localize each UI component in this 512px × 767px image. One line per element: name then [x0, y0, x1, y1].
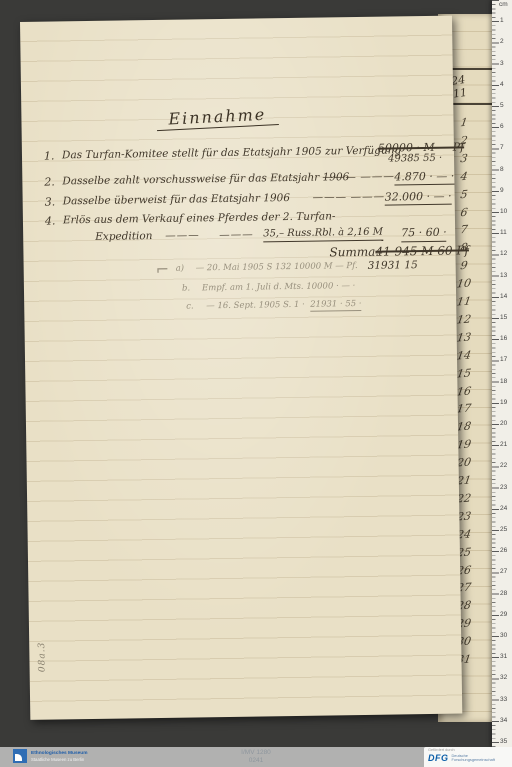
filler-dashes: ———: [219, 229, 254, 242]
summa-label: Summa:: [329, 245, 379, 260]
ruler-number: 1: [500, 17, 511, 24]
ruler-number: 2: [500, 38, 511, 45]
ruler: cm 1234567891011121314151617181920212223…: [492, 0, 512, 747]
ruler-number: 29: [500, 611, 511, 618]
ruler-number: 30: [500, 632, 511, 639]
ledger-header-note: 24 11: [450, 69, 493, 100]
ruler-number: 23: [500, 484, 511, 491]
strip-line-number: 5: [451, 187, 477, 202]
ruler-number: 5: [500, 102, 511, 109]
ruler-number: 35: [500, 738, 511, 745]
ruler-number: 21: [500, 441, 511, 448]
amount: 75 · 60 ·: [401, 226, 447, 243]
ruler-number: 19: [500, 399, 511, 406]
amount: 4.870 · — ·: [394, 170, 454, 186]
ruler-number: 7: [500, 144, 511, 151]
quantity-note: 35,– Russ.Rbl. à 2,16 M: [263, 227, 383, 243]
strip-line-number: 1: [451, 115, 477, 130]
ruler-number: 25: [500, 526, 511, 533]
ruler-number: 16: [500, 335, 511, 342]
page-title-text: Einnahme: [156, 104, 279, 131]
ruler-number: 20: [500, 420, 511, 427]
item-text: Dasselbe zahlt vorschussweise für das Et…: [62, 171, 349, 187]
ruler-number: 17: [500, 356, 511, 363]
item-text: Das Turfan-Komitee stellt für das Etatsj…: [62, 144, 401, 161]
ruler-number: 4: [500, 81, 511, 88]
ruler-number: 6: [500, 123, 511, 130]
item-text: Expedition: [95, 230, 152, 243]
ruler-number: 27: [500, 568, 511, 575]
dfg-logo: DFG Deutsche Forschungsgemeinschaft: [428, 753, 508, 763]
ruler-number: 10: [500, 208, 511, 215]
ruler-number: 24: [500, 505, 511, 512]
dfg-name: Deutsche Forschungsgemeinschaft: [452, 754, 495, 763]
pencil-amount: 21931 · 55 ·: [310, 299, 362, 312]
scanned-document: 24 11 1234567891011121314151617181920212…: [0, 0, 512, 767]
pencil-note-c: c. — 16. Sept. 1905 S. 1 · 21931 · 55 ·: [24, 298, 456, 318]
ruler-number: 9: [500, 187, 511, 194]
ruler-number: 18: [500, 378, 511, 385]
ledger-row-1: 1. Das Turfan-Komitee stellt für das Eta…: [22, 144, 454, 168]
ruler-number: 32: [500, 674, 511, 681]
ruler-number: 28: [500, 590, 511, 597]
amount: 32.000 · — ·: [385, 190, 452, 206]
pencil-note-b: b. Empf. am 1. Juli d. Mts. 10000 · — ·: [24, 280, 456, 300]
footer-bar: Ethnologisches Museum Staatliche Museen …: [0, 747, 512, 767]
filler-dashes: ———: [360, 170, 395, 183]
ruler-number: 22: [500, 462, 511, 469]
ruler-number: 14: [500, 293, 511, 300]
ruler-number: 33: [500, 696, 511, 703]
strip-line-number: 4: [451, 169, 477, 184]
item-number: 2.: [44, 176, 55, 189]
filler-dashes: ———: [351, 191, 386, 204]
item-number: 4.: [45, 214, 56, 227]
ruler-number: 15: [500, 314, 511, 321]
ruler-number: 13: [500, 272, 511, 279]
pencil-text: — 20. Mai 1905 S 132 10000 M — Pf.: [196, 261, 358, 273]
filler-dashes: ———: [313, 191, 348, 204]
pencil-label: b.: [182, 284, 190, 294]
dfg-logo-card: Gefördert durch DFG Deutsche Forschungsg…: [424, 747, 512, 767]
manuscript-page: Einnahme 1. Das Turfan-Komitee stellt fü…: [20, 16, 462, 720]
ruler-number: 11: [500, 229, 511, 236]
ruler-number: 3: [500, 60, 511, 67]
margin-note: 08a.3: [37, 642, 47, 673]
ruler-number: 26: [500, 547, 511, 554]
dfg-wordmark: DFG: [428, 753, 449, 763]
dfg-name-line2: Forschungsgemeinschaft: [452, 758, 495, 763]
filler-dashes: ———: [165, 229, 200, 242]
ruler-number: 8: [500, 166, 511, 173]
pencil-text: — 16. Sept. 1905 S. 1 ·: [206, 300, 305, 311]
ruler-number: 12: [500, 250, 511, 257]
pencil-label: a): [176, 264, 185, 274]
summa-struck: 41 945 M 60 Pf: [375, 243, 469, 258]
item-text: Dasselbe überweist für das Etatsjahr 190…: [63, 192, 291, 207]
page-title: Einnahme: [21, 104, 413, 131]
item-number: 3.: [45, 195, 56, 208]
ruler-ticks: [492, 0, 499, 747]
pencil-text: Empf. am 1. Juli d. Mts. 10000 · — ·: [202, 281, 356, 293]
item-number: 1.: [44, 150, 55, 163]
pencil-bracket: ⌐: [156, 260, 170, 279]
ruler-unit-label: cm: [499, 1, 508, 8]
amount-revised: 49385 55 ·: [388, 153, 442, 165]
ruler-number: 31: [500, 653, 511, 660]
filler-dashes: ———: [322, 171, 357, 184]
ruler-number: 34: [500, 717, 511, 724]
pencil-label: c.: [186, 301, 194, 311]
